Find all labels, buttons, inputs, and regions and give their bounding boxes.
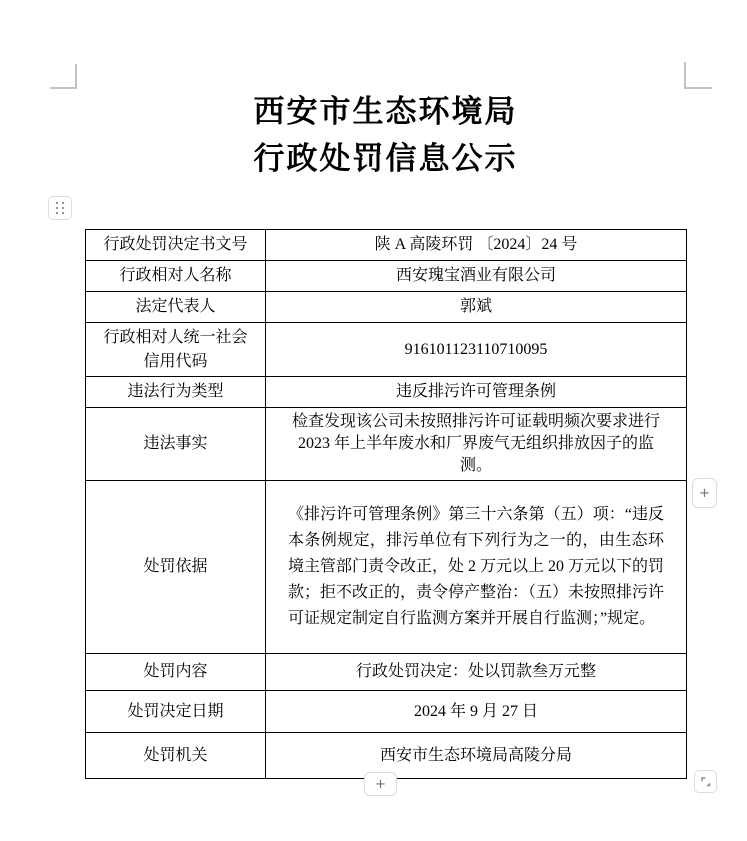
- expand-arrows-icon: [700, 776, 712, 788]
- row-value-penalty-basis[interactable]: 《排污许可管理条例》第三十六条第（五）项：“违反本条例规定，排污单位有下列行为之…: [266, 481, 687, 654]
- document-title: 西安市生态环境局 行政处罚信息公示: [85, 88, 686, 182]
- row-value-party-name[interactable]: 西安瑰宝酒业有限公司: [266, 261, 687, 292]
- table-row: 违法行为类型 违反排污许可管理条例: [86, 377, 687, 408]
- page-corner-mark-top-right: [684, 62, 712, 89]
- table-row: 行政相对人名称 西安瑰宝酒业有限公司: [86, 261, 687, 292]
- row-label-penalty-content[interactable]: 处罚内容: [86, 654, 266, 691]
- penalty-info-table: 行政处罚决定书文号 陕 A 高陵环罚 〔2024〕24 号 行政相对人名称 西安…: [85, 229, 687, 779]
- table-row: 违法事实 检查发现该公司未按照排污许可证载明频次要求进行 2023 年上半年废水…: [86, 408, 687, 481]
- plus-icon: +: [700, 484, 710, 501]
- expand-table-button[interactable]: [694, 770, 717, 793]
- table-row: 行政处罚决定书文号 陕 A 高陵环罚 〔2024〕24 号: [86, 230, 687, 261]
- table-row: 行政相对人统一社会 信用代码 916101123110710095: [86, 323, 687, 377]
- row-value-legal-representative[interactable]: 郭斌: [266, 292, 687, 323]
- page-corner-mark-top-left: [50, 64, 77, 89]
- row-value-violation-type[interactable]: 违反排污许可管理条例: [266, 377, 687, 408]
- table-row: 处罚决定日期 2024 年 9 月 27 日: [86, 691, 687, 733]
- grid-dots-icon: [56, 202, 65, 215]
- row-label-decision-date[interactable]: 处罚决定日期: [86, 691, 266, 733]
- row-value-violation-facts[interactable]: 检查发现该公司未按照排污许可证载明频次要求进行 2023 年上半年废水和厂界废气…: [266, 408, 687, 481]
- row-label-violation-facts[interactable]: 违法事实: [86, 408, 266, 481]
- add-row-button[interactable]: +: [364, 772, 397, 796]
- row-label-credit-code[interactable]: 行政相对人统一社会 信用代码: [86, 323, 266, 377]
- row-value-decision-date[interactable]: 2024 年 9 月 27 日: [266, 691, 687, 733]
- row-label-decision-number[interactable]: 行政处罚决定书文号: [86, 230, 266, 261]
- row-value-penalty-content[interactable]: 行政处罚决定：处以罚款叁万元整: [266, 654, 687, 691]
- document-title-line2: 行政处罚信息公示: [85, 135, 686, 182]
- table-row: 处罚依据 《排污许可管理条例》第三十六条第（五）项：“违反本条例规定，排污单位有…: [86, 481, 687, 654]
- row-label-penalty-basis[interactable]: 处罚依据: [86, 481, 266, 654]
- row-value-penalty-authority[interactable]: 西安市生态环境局高陵分局: [266, 733, 687, 779]
- table-drag-handle-button[interactable]: [48, 196, 72, 220]
- row-label-violation-type[interactable]: 违法行为类型: [86, 377, 266, 408]
- document-page: 西安市生态环境局 行政处罚信息公示 行政处罚决定书文号 陕 A 高陵环罚 〔20…: [0, 0, 747, 841]
- plus-icon: +: [376, 775, 386, 792]
- document-title-line1: 西安市生态环境局: [85, 88, 686, 135]
- row-value-decision-number[interactable]: 陕 A 高陵环罚 〔2024〕24 号: [266, 230, 687, 261]
- row-label-penalty-authority[interactable]: 处罚机关: [86, 733, 266, 779]
- table-row: 处罚内容 行政处罚决定：处以罚款叁万元整: [86, 654, 687, 691]
- row-label-legal-representative[interactable]: 法定代表人: [86, 292, 266, 323]
- row-label-party-name[interactable]: 行政相对人名称: [86, 261, 266, 292]
- row-value-credit-code[interactable]: 916101123110710095: [266, 323, 687, 377]
- table-row: 法定代表人 郭斌: [86, 292, 687, 323]
- add-column-button[interactable]: +: [692, 478, 717, 508]
